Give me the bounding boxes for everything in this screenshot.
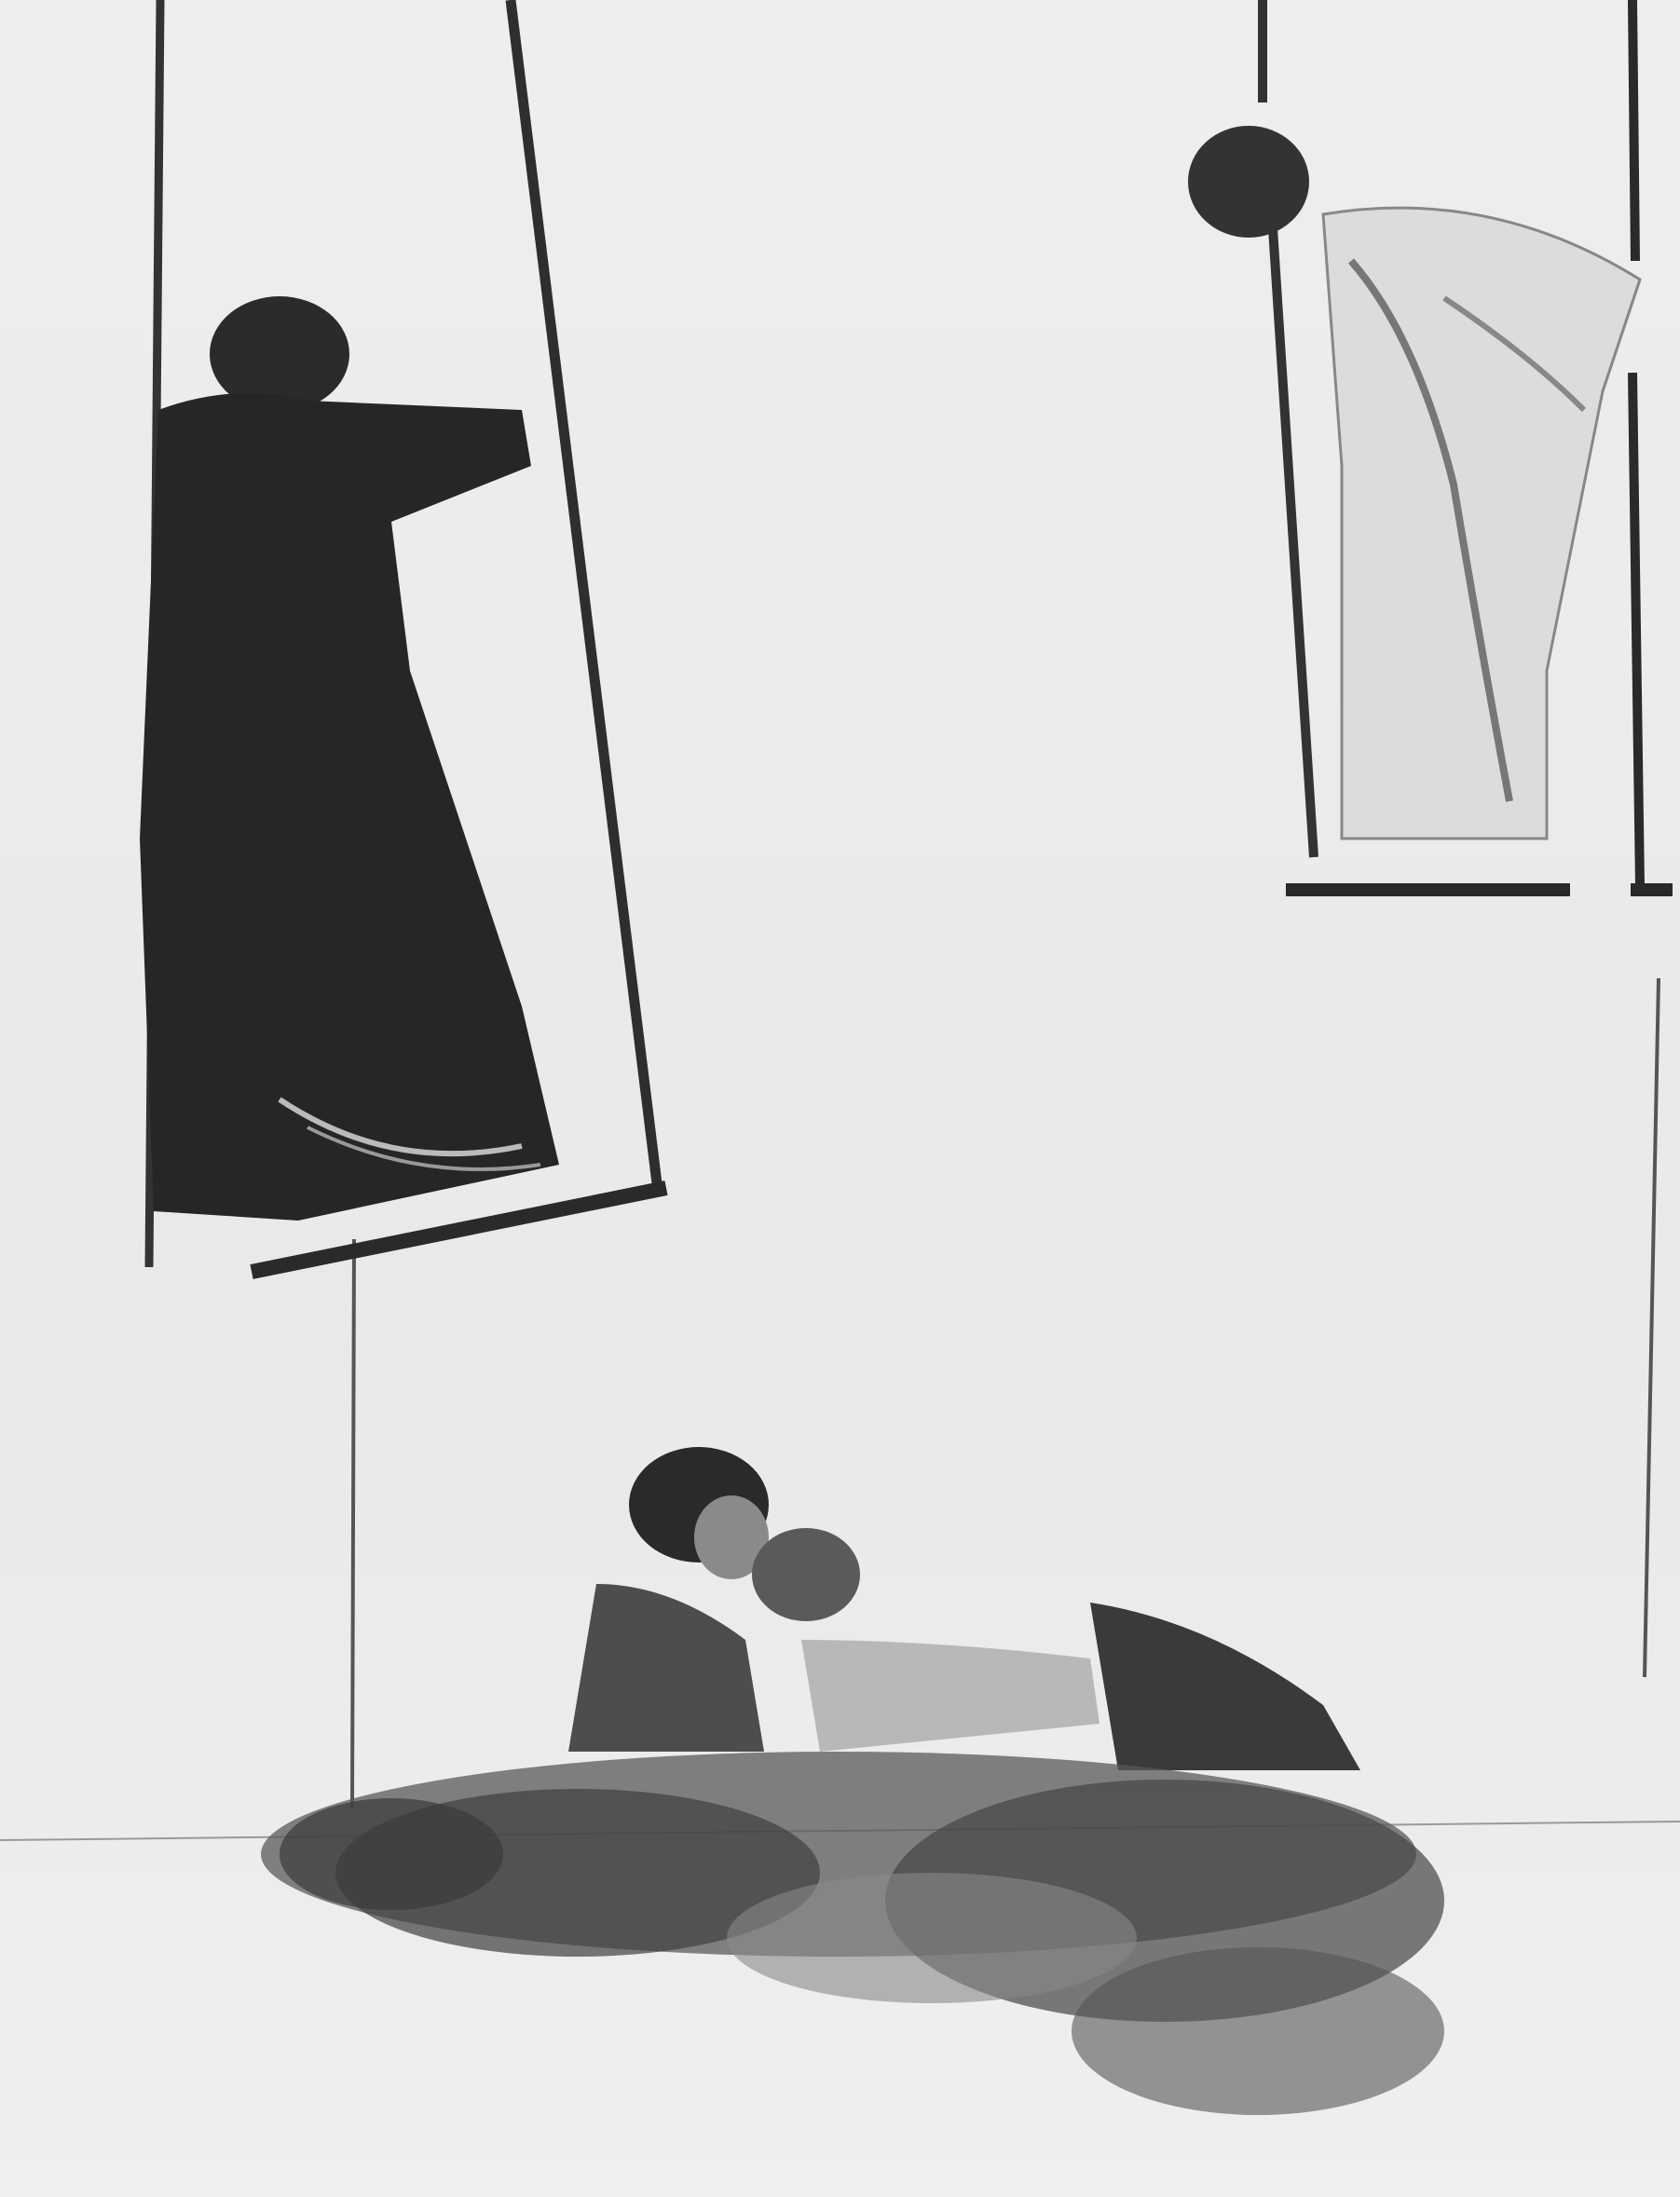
left-figure xyxy=(140,296,559,1221)
photo-scene xyxy=(0,0,1680,2197)
foliage-mound xyxy=(261,1752,1444,2115)
right-figure xyxy=(1188,126,1640,839)
photograph xyxy=(0,0,1680,2197)
reclining-couple xyxy=(568,1447,1360,1770)
